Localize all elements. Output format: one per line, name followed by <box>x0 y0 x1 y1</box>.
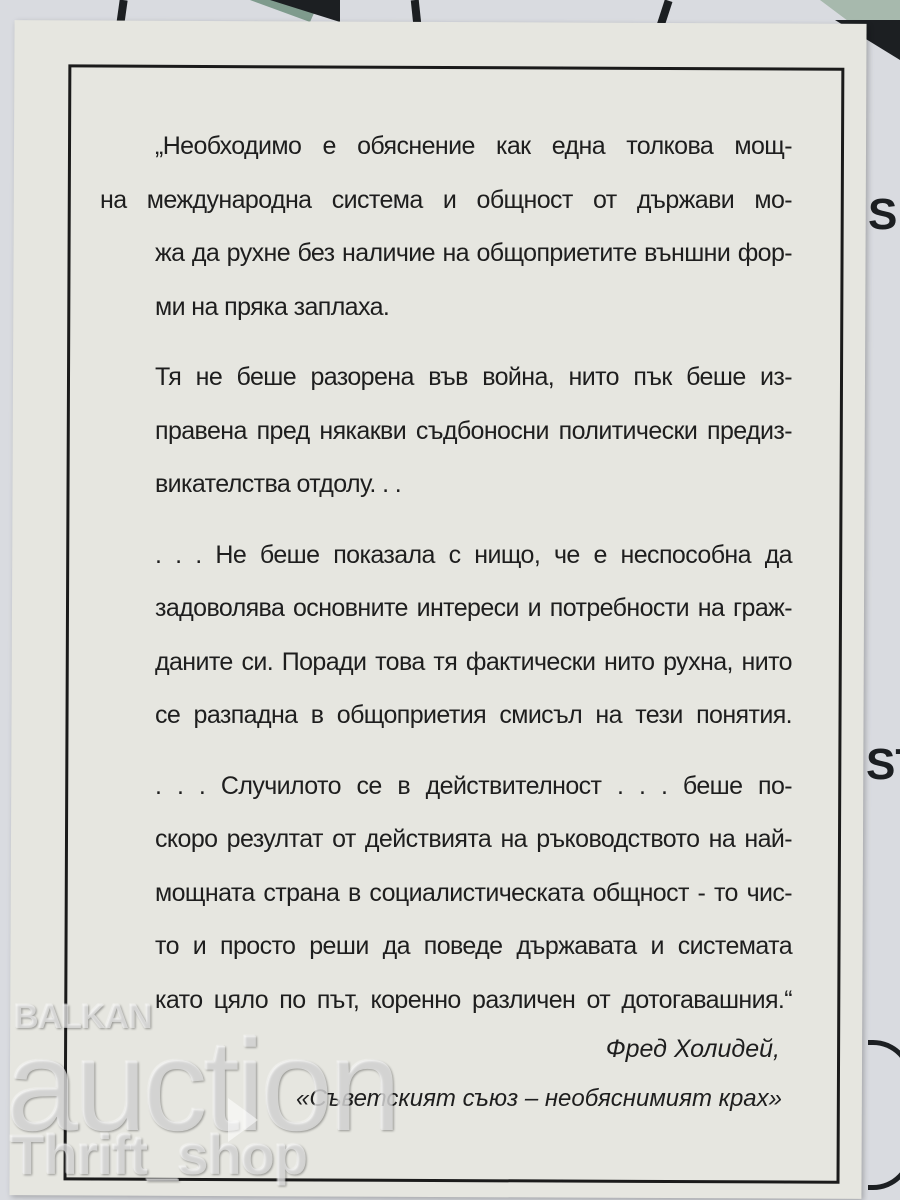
text-line: правена пред някакви съдбоносни политиче… <box>100 405 792 459</box>
bg-letters: S <box>868 190 897 240</box>
text-line: викателства отдолу. . . <box>100 458 792 512</box>
text-line: . . . Случилото се в действителност . . … <box>100 760 792 814</box>
quote-author: Фред Холидей, <box>606 1035 780 1064</box>
text-line: даните си. Поради това тя фактически нит… <box>100 636 792 690</box>
text-line: жа да рухне без наличие на общоприетите … <box>100 227 792 281</box>
paragraph-4: . . . Случилото се в действителност . . … <box>100 760 792 1028</box>
paragraph-1: „Необходимо е обяснение как една толкова… <box>100 120 792 334</box>
bg-arc <box>868 1040 900 1190</box>
text-line: мощната страна в социалистическата общно… <box>100 867 792 921</box>
text-line: се разпадна в общоприетия смисъл на тези… <box>100 689 792 743</box>
paragraph-2: Тя не беше разорена във война, нито пък … <box>100 351 792 512</box>
text-line: то и просто реши да поведе държавата и с… <box>100 920 792 974</box>
bg-letters: ST <box>866 740 900 790</box>
bg-shape <box>270 0 340 22</box>
text-line: . . . Не беше показала с нищо, че е несп… <box>100 529 792 583</box>
text-line: скоро резултат от действията на ръководс… <box>100 813 792 867</box>
text-line: задоволява основните интереси и потребно… <box>100 582 792 636</box>
paragraph-3: . . . Не беше показала с нищо, че е несп… <box>100 529 792 743</box>
quote-body: „Необходимо е обяснение как една толкова… <box>100 120 792 1044</box>
text-line: ми на пряка заплаха. <box>100 281 792 335</box>
text-line: „Необходимо е обяснение как една толкова… <box>100 120 792 174</box>
text-line: Тя не беше разорена във война, нито пък … <box>100 351 792 405</box>
watermark-thrift-shop: Thrift_shop <box>10 1122 307 1187</box>
text-line: на международна система и общност от дър… <box>100 174 792 228</box>
bg-stroke <box>411 0 421 24</box>
